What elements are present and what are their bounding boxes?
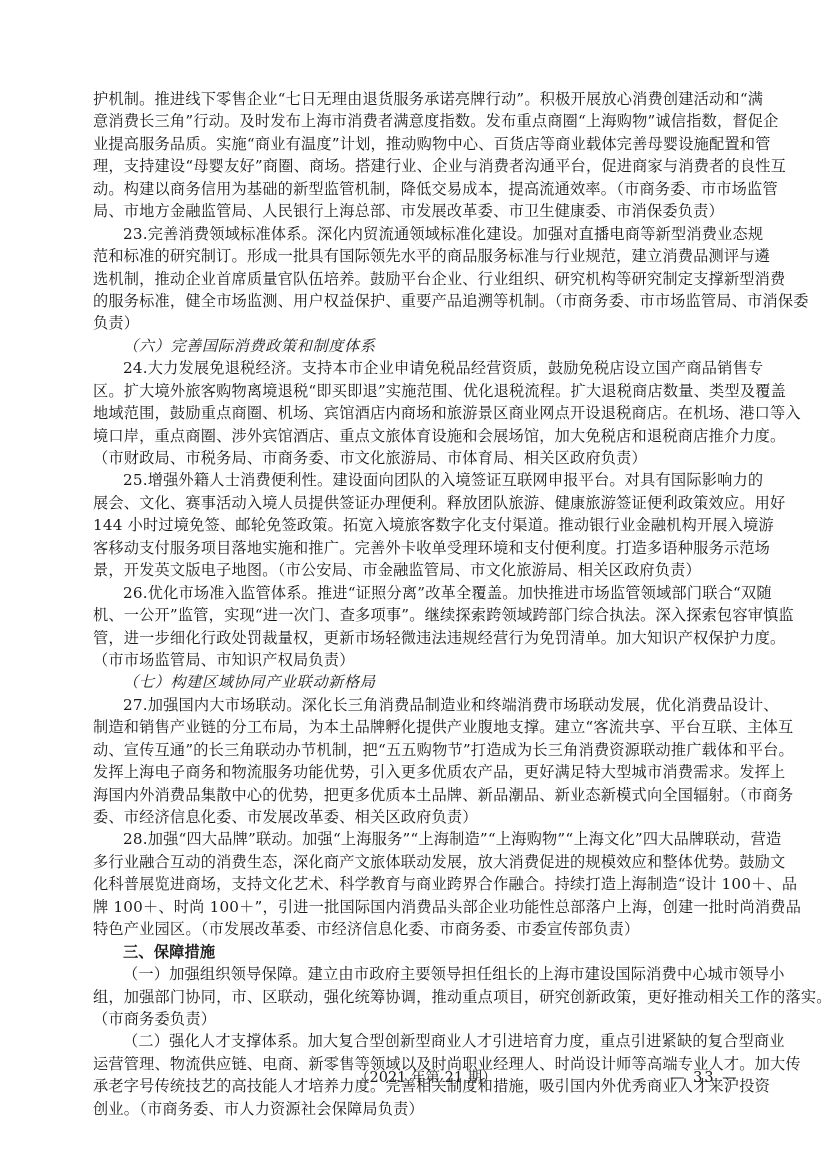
item-28-heading-line: 28.加强“四大品牌”联动。加强“上海服务”“上海制造”“上海购物”“上海文化”… xyxy=(93,828,735,850)
text-line: 动。构建以商务信用为基础的新型监管机制，降低交易成本，提高流通效率。（市商务委、… xyxy=(93,178,735,200)
text-line: （市财政局、市税务局、市商务委、市文化旅游局、市体育局、相关区政府负责） xyxy=(93,447,735,469)
text-line: 地域范围，鼓励重点商圈、机场、宾馆酒店内商场和旅游景区商业网点开设退税商店。在机… xyxy=(93,402,735,424)
text-line: 海国内外消费品集散中心的优势，把更多优质本土品牌、新品潮品、新业态新模式向全国辐… xyxy=(93,784,735,806)
text-line: 区。扩大境外旅客购物离境退税“即买即退”实施范围、优化退税流程。扩大退税商店数量… xyxy=(93,380,735,402)
text-line: 144 小时过境免签、邮轮免签政策。拓宽入境旅客数字化支付渠道。推动银行业金融机… xyxy=(93,514,735,536)
document-body: 护机制。推进线下零售企业“七日无理由退货服务承诺亮牌行动”。积极开展放心消费创建… xyxy=(93,88,735,1120)
subsection-heading-6: （六）完善国际消费政策和制度体系 xyxy=(93,335,735,357)
text-line: 展会、文化、赛事活动入境人员提供签证办理便利。释放团队旅游、健康旅游签证便利政策… xyxy=(93,492,735,514)
issue-label: （2021 年第 21 期） xyxy=(355,1066,497,1090)
text-line: 动、宣传互通”的长三角联动办节机制，把“五五购物节”打造成为长三角消费资源联动推… xyxy=(93,739,735,761)
text-line: 的服务标准，健全市场监测、用户权益保护、重要产品追溯等机制。（市商务委、市市场监… xyxy=(93,290,735,312)
text-line: 牌 100＋、时尚 100＋”，引进一批国际国内消费品头部企业功能性总部落户上海… xyxy=(93,896,735,918)
text-line: 范和标准的研究制订。形成一批具有国际领先水平的商品服务标准与行业规范，建立消费品… xyxy=(93,245,735,267)
text-line: 化科普展览进商场，支持文化艺术、科学教育与商业跨界合作融合。持续打造上海制造“设… xyxy=(93,873,735,895)
text-line: 局、市地方金融监管局、人民银行上海总部、市发展改革委、市卫生健康委、市消保委负责… xyxy=(93,200,735,222)
text-line: 理，支持建设“母婴友好”商圈、商场。搭建行业、企业与消费者沟通平台，促进商家与消… xyxy=(93,155,735,177)
section-heading-3: 三、保障措施 xyxy=(93,941,735,963)
item-23-heading-line: 23.完善消费领域标准体系。深化内贸流通领域标准化建设。加强对直播电商等新型消费… xyxy=(93,223,735,245)
measure-1-heading-line: （一）加强组织领导保障。建立由市政府主要领导担任组长的上海市建设国际消费中心城市… xyxy=(93,963,735,985)
measure-2-heading-line: （二）强化人才支撑体系。加大复合型创新型商业人才引进培育力度，重点引进紧缺的复合… xyxy=(93,1030,735,1052)
text-line: 委、市经济信息化委、市发展改革委、相关区政府负责） xyxy=(93,806,735,828)
item-24-heading-line: 24.大力发展免退税经济。支持本市企业申请免税品经营资质，鼓励免税店设立国产商品… xyxy=(93,357,735,379)
text-line: 管，进一步细化行政处罚裁量权，更新市场轻微违法违规经营行为免罚清单。加大知识产权… xyxy=(93,627,735,649)
text-line: 选机制，推动企业首席质量官队伍培养。鼓励平台企业、行业组织、研究机构等研究制定支… xyxy=(93,268,735,290)
text-line: （市商务委负责） xyxy=(93,1008,735,1030)
text-line: 客移动支付服务项目落地实施和推广。完善外卡收单受理环境和支付便利度。打造多语种服… xyxy=(93,537,735,559)
page-footer: （2021 年第 21 期） — 33 — xyxy=(0,1066,827,1090)
item-25-heading-line: 25.增强外籍人士消费便利性。建设面向团队的入境签证互联网申报平台。对具有国际影… xyxy=(93,469,735,491)
item-26-heading-line: 26.优化市场准入监管体系。推进“证照分离”改革全覆盖。加快推进市场监管领域部门… xyxy=(93,582,735,604)
subsection-heading-7: （七）构建区域协同产业联动新格局 xyxy=(93,671,735,693)
text-line: 创业。（市商务委、市人力资源社会保障局负责） xyxy=(93,1098,735,1120)
text-line: 境口岸，重点商圈、涉外宾馆酒店、重点文旅体育设施和会展场馆，加大免税店和退税商店… xyxy=(93,425,735,447)
text-line: 发挥上海电子商务和物流服务功能优势，引入更多优质农产品，更好满足特大型城市消费需… xyxy=(93,761,735,783)
text-line: 景，开发英文版电子地图。（市公安局、市金融监管局、市文化旅游局、相关区政府负责） xyxy=(93,559,735,581)
page-number: — 33 — xyxy=(670,1066,739,1090)
text-line: 组，加强部门协同，市、区联动，强化统筹协调，推动重点项目，研究创新政策，更好推动… xyxy=(93,986,735,1008)
text-line: 特色产业园区。（市发展改革委、市经济信息化委、市商务委、市委宣传部负责） xyxy=(93,918,735,940)
text-line: 负责） xyxy=(93,312,735,334)
item-27-heading-line: 27.加强国内大市场联动。深化长三角消费品制造业和终端消费市场联动发展，优化消费… xyxy=(93,694,735,716)
text-line: 制造和销售产业链的分工布局，为本土品牌孵化提供产业腹地支撑。建立“客流共享、平台… xyxy=(93,716,735,738)
text-line: 护机制。推进线下零售企业“七日无理由退货服务承诺亮牌行动”。积极开展放心消费创建… xyxy=(93,88,735,110)
text-line: （市市场监管局、市知识产权局负责） xyxy=(93,649,735,671)
text-line: 意消费长三角”行动。及时发布上海市消费者满意度指数。发布重点商圈“上海购物”诚信… xyxy=(93,110,735,132)
text-line: 机、一公开”监管，实现“进一次门、查多项事”。继续探索跨领域跨部门综合执法。深入… xyxy=(93,604,735,626)
text-line: 多行业融合互动的消费生态，深化商产文旅体联动发展，放大消费促进的规模效应和整体优… xyxy=(93,851,735,873)
text-line: 业提高服务品质。实施“商业有温度”计划，推动购物中心、百货店等商业载体完善母婴设… xyxy=(93,133,735,155)
